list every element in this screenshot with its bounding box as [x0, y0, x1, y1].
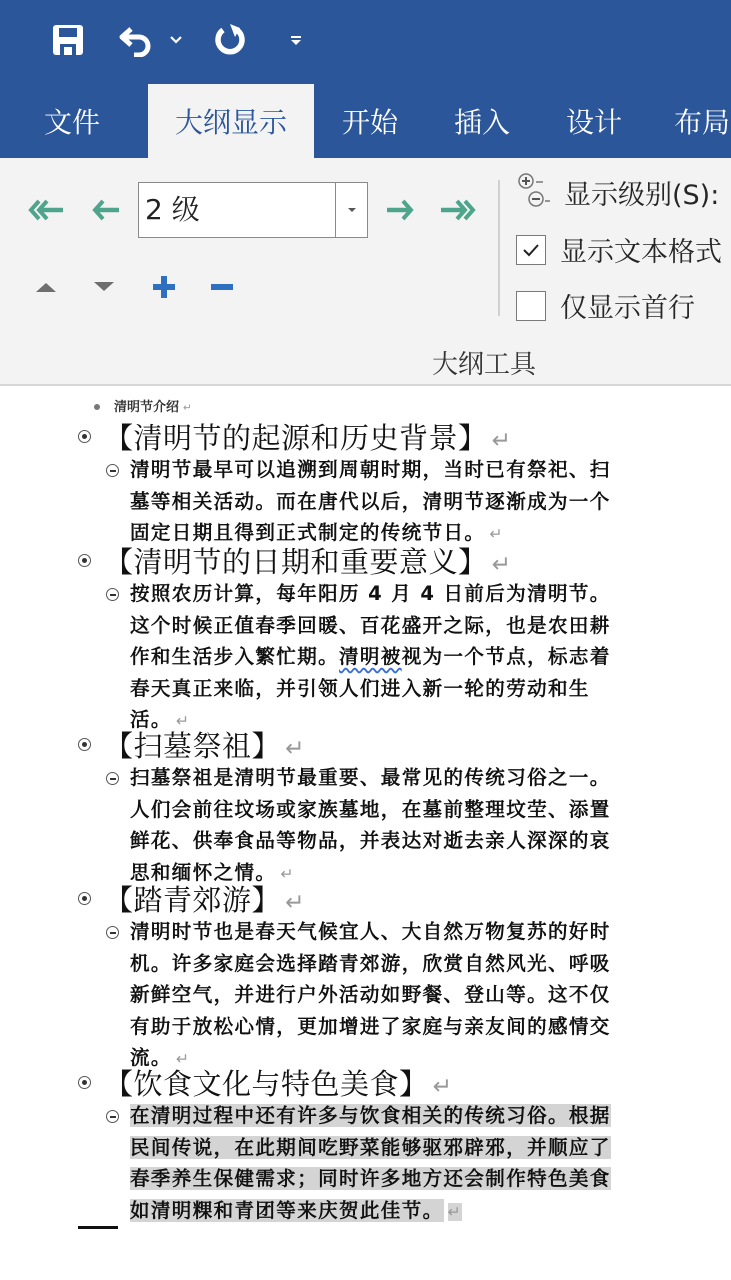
ribbon-tabs: 文件 大纲显示 开始 插入 设计 布局 — [0, 84, 731, 158]
redo-button[interactable] — [208, 18, 252, 62]
body-paragraph-2[interactable]: 按照农历计算，每年阳历 4 月 4 日前后为清明节。这个时候正值春季回暖、百花盛… — [130, 578, 630, 738]
show-text-formatting-checkbox[interactable]: 显示文本格式 — [516, 230, 722, 269]
group-separator — [498, 180, 500, 316]
heading-1[interactable]: 【清明节的起源和历史背景】↵ — [104, 416, 511, 457]
collapse-button[interactable] — [206, 272, 238, 302]
level1-title[interactable]: 清明节介绍↵ — [114, 396, 192, 415]
bullet-icon — [94, 404, 100, 410]
outline-level-select[interactable]: 2 级 — [138, 182, 368, 238]
show-first-line-only-label: 仅显示首行 — [560, 286, 695, 325]
quick-access-toolbar — [0, 0, 731, 84]
checkbox-unchecked[interactable] — [516, 291, 546, 321]
body-paragraph-4[interactable]: 清明时节也是春天气候宜人、大自然万物复苏的好时机。许多家庭会选择踏青郊游，欣赏自… — [130, 916, 630, 1076]
right-arrow-icon — [385, 198, 415, 222]
left-arrow-icon — [91, 198, 121, 222]
redo-icon — [212, 22, 248, 58]
plus-icon — [151, 274, 177, 300]
body-paragraph-1[interactable]: 清明节最早可以追溯到周朝时期，当时已有祭祀、扫墓等相关活动。而在唐代以后，清明节… — [130, 454, 630, 551]
body-text-marker-icon — [106, 926, 119, 939]
minus-icon — [209, 274, 235, 300]
tab-design[interactable]: 设计 — [550, 84, 638, 158]
customize-qat-button[interactable] — [284, 18, 308, 62]
tab-layout[interactable]: 布局 — [662, 84, 731, 158]
body-text-marker-icon — [106, 772, 119, 785]
caret-down-icon — [346, 206, 358, 214]
undo-dropdown-button[interactable] — [166, 18, 186, 62]
heading-4[interactable]: 【踏青郊游】↵ — [104, 878, 305, 919]
tab-outline[interactable]: 大纲显示 — [148, 84, 314, 158]
promote-to-heading1-button[interactable] — [26, 194, 66, 226]
save-icon — [51, 23, 85, 57]
tab-insert[interactable]: 插入 — [438, 84, 526, 158]
end-of-document-marker — [78, 1226, 118, 1229]
show-level-icon — [516, 172, 556, 212]
expand-heading-icon[interactable] — [78, 892, 91, 905]
expand-heading-icon[interactable] — [78, 554, 91, 567]
document-area[interactable]: 清明节介绍↵ 【清明节的起源和历史背景】↵ 清明节最早可以追溯到周朝时期，当时已… — [0, 388, 731, 1280]
show-level-control[interactable]: 显示级别(S): — [516, 172, 719, 212]
body-text-marker-icon — [106, 464, 119, 477]
show-text-formatting-label: 显示文本格式 — [560, 230, 722, 269]
checkmark-icon — [522, 243, 540, 257]
double-left-arrow-icon — [27, 198, 65, 222]
expand-heading-icon[interactable] — [78, 430, 91, 443]
triangle-up-icon — [34, 280, 58, 294]
heading-3[interactable]: 【扫墓祭祖】↵ — [104, 724, 305, 765]
heading-5[interactable]: 【饮食文化与特色美食】↵ — [104, 1062, 452, 1103]
outline-level-dropdown-button[interactable] — [335, 183, 367, 237]
outline-tools-group-label: 大纲工具 — [432, 344, 536, 381]
triangle-down-icon — [92, 280, 116, 294]
body-paragraph-5-selected[interactable]: 在清明过程中还有许多与饮食相关的传统习俗。根据民间传说，在此期间吃野菜能够驱邪辟… — [130, 1100, 630, 1228]
show-first-line-only-checkbox[interactable]: 仅显示首行 — [516, 286, 695, 325]
expand-heading-icon[interactable] — [78, 738, 91, 751]
body-paragraph-3[interactable]: 扫墓祭祖是清明节最重要、最常见的传统习俗之一。人们会前往坟场或家族墓地，在墓前整… — [130, 762, 630, 890]
chevron-down-icon — [169, 35, 183, 45]
spelling-squiggle[interactable]: 清明被 — [339, 645, 402, 668]
move-up-button[interactable] — [30, 274, 62, 300]
expand-button[interactable] — [148, 272, 180, 302]
tab-home[interactable]: 开始 — [326, 84, 414, 158]
body-text-marker-icon — [106, 1110, 119, 1123]
double-right-arrow-icon — [439, 198, 477, 222]
undo-button[interactable] — [116, 18, 156, 62]
checkbox-checked[interactable] — [516, 235, 546, 265]
outline-ribbon: 2 级 — [0, 158, 731, 386]
demote-button[interactable] — [384, 194, 416, 226]
demote-to-body-text-button[interactable] — [438, 194, 478, 226]
body-text-marker-icon — [106, 588, 119, 601]
move-down-button[interactable] — [88, 274, 120, 300]
save-button[interactable] — [48, 18, 88, 62]
outline-level-value: 2 级 — [139, 183, 335, 237]
expand-heading-icon[interactable] — [78, 1076, 91, 1089]
undo-icon — [117, 23, 155, 57]
heading-2[interactable]: 【清明节的日期和重要意义】↵ — [104, 540, 511, 581]
promote-button[interactable] — [90, 194, 122, 226]
show-level-label: 显示级别(S): — [564, 173, 719, 212]
tab-file[interactable]: 文件 — [22, 84, 122, 158]
customize-qat-icon — [289, 33, 303, 47]
